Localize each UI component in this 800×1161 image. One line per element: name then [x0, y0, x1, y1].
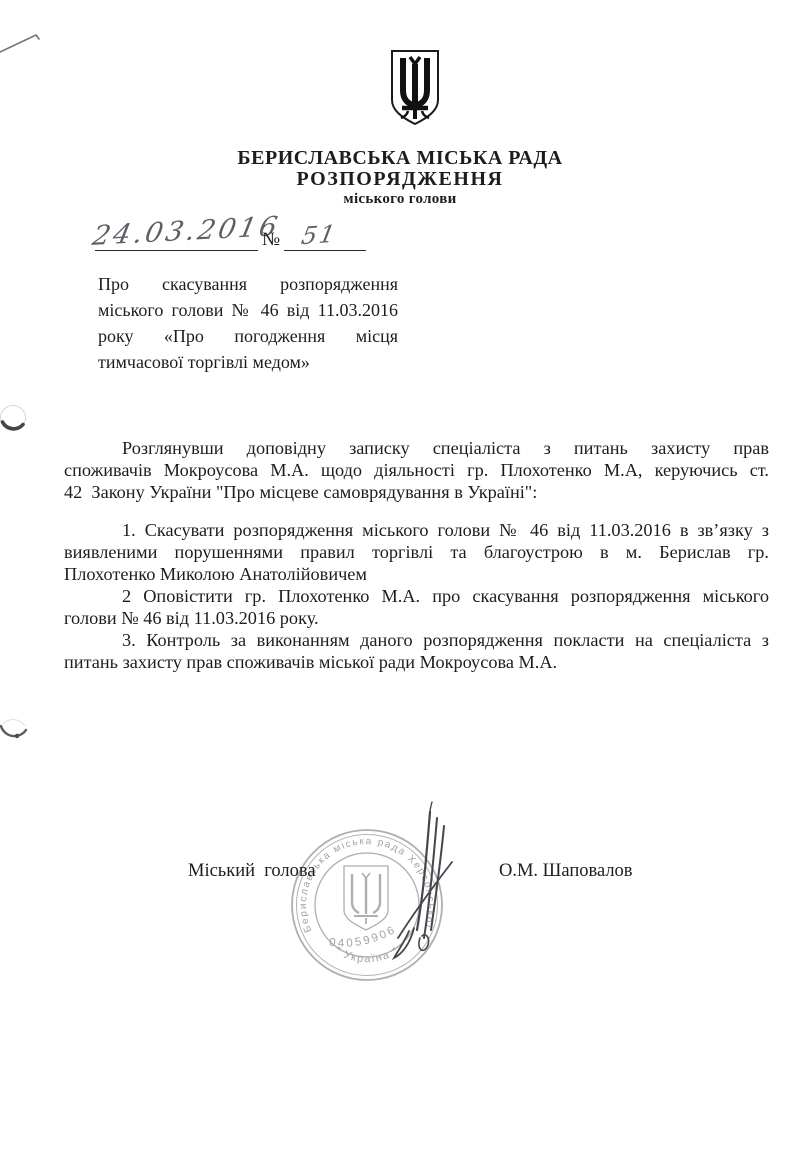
order-item-2: 2 Оповістити гр. Плохотенко М.А. про ска… [64, 585, 769, 629]
order-item-line: 2 Оповістити гр. Плохотенко М.А. про ска… [64, 585, 769, 607]
order-item-line: голови № 46 від 11.03.2016 року. [64, 607, 769, 629]
handwritten-number: 51 [299, 220, 339, 250]
scanned-document-page: БЕРИСЛАВСЬКА МІСЬКА РАДА РОЗПОРЯДЖЕННЯ м… [0, 0, 800, 1161]
preamble-paragraph: Розглянувши доповідну записку спеціаліст… [64, 437, 769, 503]
subject-line: міського голови № 46 від 11.03.2016 [98, 297, 398, 323]
punch-hole-icon [0, 402, 34, 436]
preamble-line: 42 Закону України "Про місцеве самовряду… [64, 481, 769, 503]
document-type-title: РОЗПОРЯДЖЕННЯ [20, 168, 780, 191]
handwritten-date: 24.03.2016 [90, 211, 283, 252]
scan-artifact-line [0, 28, 60, 58]
order-item-line: виявленими порушеннями правил торгівлі т… [64, 541, 769, 563]
signatory-name: О.М. Шаповалов [499, 861, 633, 882]
order-item-line: Плохотенко Миколою Анатолійовичем [64, 563, 769, 585]
preamble-line: Розглянувши доповідну записку спеціаліст… [64, 437, 769, 459]
document-body: Розглянувши доповідну записку спеціаліст… [64, 437, 769, 673]
signatory-title: Міський голова [188, 861, 316, 882]
date-underline [95, 250, 258, 251]
subject-line: року «Про погодження місця [98, 323, 398, 349]
document-subtitle: міського голови [20, 191, 780, 208]
subject-line: тимчасової торгівлі медом» [98, 349, 398, 375]
preamble-line: споживачів Мокроусова М.А. щодо діяльнос… [64, 459, 769, 481]
subject-line: Про скасування розпорядження [98, 271, 398, 297]
number-sign: № [262, 229, 280, 251]
order-item-line: питань захисту прав споживачів міської р… [64, 651, 769, 673]
order-item-3: 3. Контроль за виконанням даного розпоря… [64, 629, 769, 673]
handwritten-signature [380, 798, 470, 978]
order-item-line: 1. Скасувати розпорядження міського голо… [64, 519, 769, 541]
ukraine-trident-icon [389, 48, 441, 126]
number-underline [284, 250, 366, 251]
order-item-1: 1. Скасувати розпорядження міського голо… [64, 519, 769, 585]
subject-block: Про скасування розпорядження міського го… [98, 271, 398, 375]
punch-hole-icon [0, 708, 34, 752]
org-name: БЕРИСЛАВСЬКА МІСЬКА РАДА [20, 147, 780, 170]
order-item-line: 3. Контроль за виконанням даного розпоря… [64, 629, 769, 651]
